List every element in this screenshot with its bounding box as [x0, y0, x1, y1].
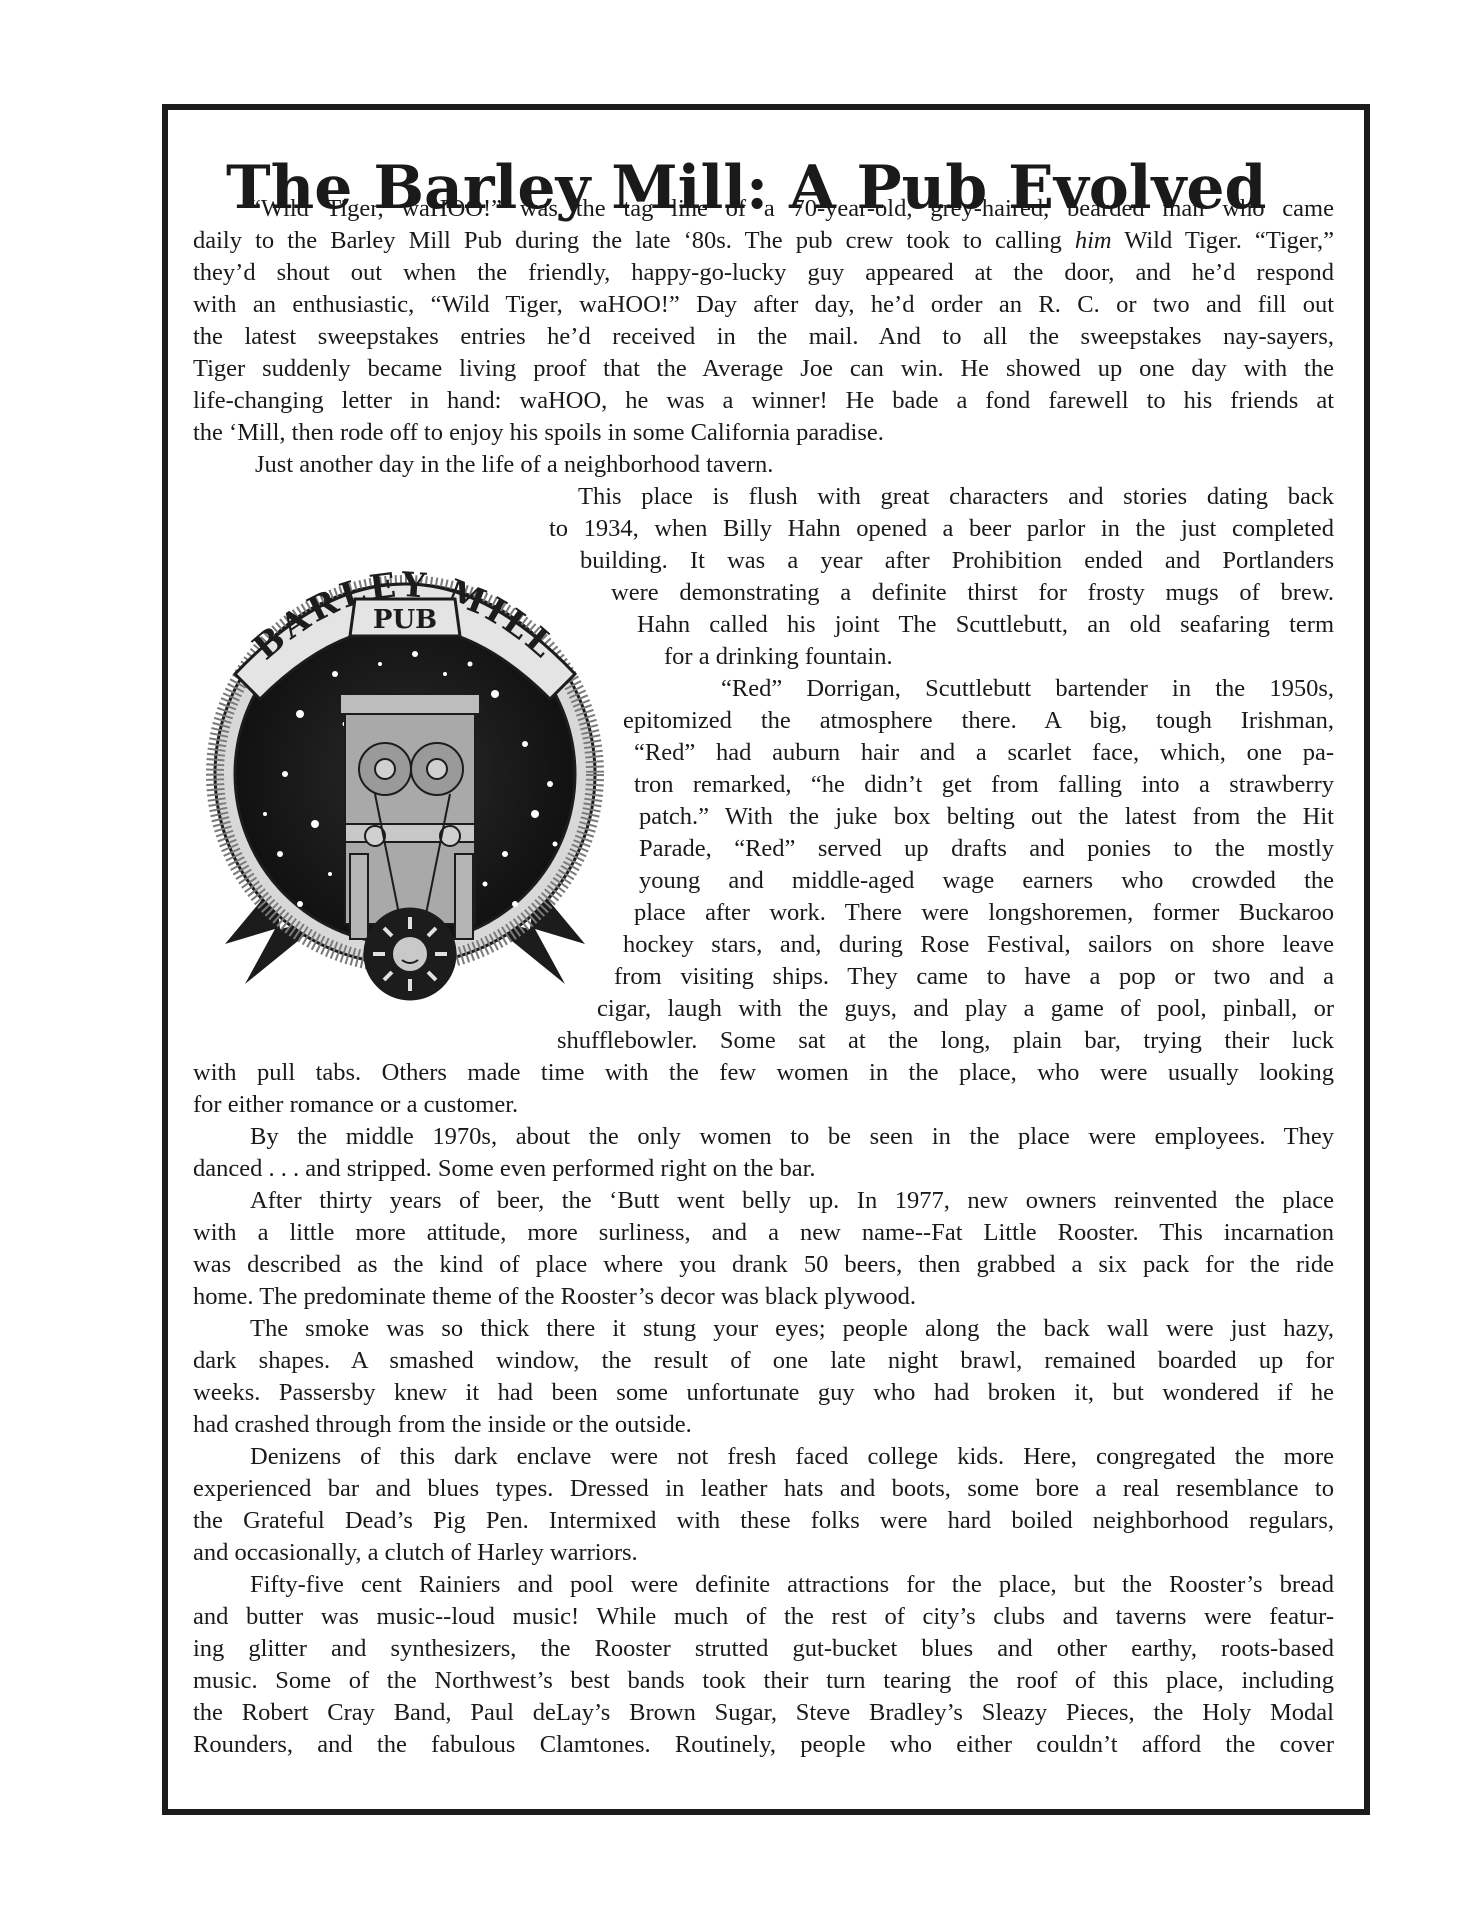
text-line: was described as the kind of place where… — [193, 1249, 1334, 1281]
text-line: were demonstrating a definite thirst for… — [611, 577, 1334, 609]
text-line: Parade, “Red” served up drafts and ponie… — [639, 833, 1334, 865]
text-line: to 1934, when Billy Hahn opened a beer p… — [549, 513, 1334, 545]
emphasis: him — [1075, 227, 1112, 254]
text-line: for either romance or a customer. — [193, 1089, 1334, 1121]
sun-face-icon — [365, 909, 455, 999]
text-line: they’d shout out when the friendly, happ… — [193, 257, 1334, 289]
text-line: from visiting ships. They came to have a… — [614, 961, 1334, 993]
text-line: After thirty years of beer, the ‘Butt we… — [250, 1185, 1334, 1217]
text-line: with an enthusiastic, “Wild Tiger, waHOO… — [193, 289, 1334, 321]
text-line: with a little more attitude, more surlin… — [193, 1217, 1334, 1249]
text-line: the Robert Cray Band, Paul deLay’s Brown… — [193, 1697, 1334, 1729]
text-line: the ‘Mill, then rode off to enjoy his sp… — [193, 417, 1334, 449]
text-line: danced . . . and stripped. Some even per… — [193, 1153, 1334, 1185]
text-line: weeks. Passersby knew it had been some u… — [193, 1377, 1334, 1409]
mill-machine-icon — [340, 694, 480, 944]
text-line: The smoke was so thick there it stung yo… — [250, 1313, 1334, 1345]
text-line: dark shapes. A smashed window, the resul… — [193, 1345, 1334, 1377]
text-line: tron remarked, “he didn’t get from falli… — [634, 769, 1334, 801]
text-line: daily to the Barley Mill Pub during the … — [193, 225, 1334, 257]
text-line: Denizens of this dark enclave were not f… — [250, 1441, 1334, 1473]
text-line: young and middle-aged wage earners who c… — [639, 865, 1334, 897]
text-line: cigar, laugh with the guys, and play a g… — [597, 993, 1334, 1025]
text-line: and butter was music--loud music! While … — [193, 1601, 1334, 1633]
text-line: building. It was a year after Prohibitio… — [580, 545, 1334, 577]
text-line: hockey stars, and, during Rose Festival,… — [623, 929, 1334, 961]
text-line: By the middle 1970s, about the only wome… — [250, 1121, 1334, 1153]
text-line: epitomized the atmosphere there. A big, … — [623, 705, 1334, 737]
text-line: for a drinking fountain. — [664, 641, 1334, 673]
text-line: “Red” Dorrigan, Scuttlebutt bartender in… — [721, 673, 1334, 705]
text-line: had crashed through from the inside or t… — [193, 1409, 1334, 1441]
svg-text:PUB: PUB — [373, 605, 437, 635]
text-line: ing glitter and synthesizers, the Rooste… — [193, 1633, 1334, 1665]
text-line: Just another day in the life of a neighb… — [255, 449, 1334, 481]
text-line: shufflebowler. Some sat at the long, pla… — [557, 1025, 1334, 1057]
text-line: life-changing letter in hand: waHOO, he … — [193, 385, 1334, 417]
text-line: “Red” had auburn hair and a scarlet face… — [634, 737, 1334, 769]
text-line: Hahn called his joint The Scuttlebutt, a… — [637, 609, 1334, 641]
text-line: Fifty-five cent Rainiers and pool were d… — [250, 1569, 1334, 1601]
text-line: experienced bar and blues types. Dressed… — [193, 1473, 1334, 1505]
text-line: music. Some of the Northwest’s best band… — [193, 1665, 1334, 1697]
text-line: the Grateful Dead’s Pig Pen. Intermixed … — [193, 1505, 1334, 1537]
text-line: This place is flush with great character… — [578, 481, 1334, 513]
barley-mill-pub-logo: BARLEY MILL PUB — [205, 524, 605, 1024]
text-line: Tiger suddenly became living proof that … — [193, 353, 1334, 385]
text-line: “Wild Tiger, waHOO!” was the tag line of… — [250, 193, 1334, 225]
text-line: Rounders, and the fabulous Clamtones. Ro… — [193, 1729, 1334, 1761]
text-line: patch.” With the juke box belting out th… — [639, 801, 1334, 833]
text-line: the latest sweepstakes entries he’d rece… — [193, 321, 1334, 353]
text-line: and occasionally, a clutch of Harley war… — [193, 1537, 1334, 1569]
text-line: with pull tabs. Others made time with th… — [193, 1057, 1334, 1089]
text-line: home. The predominate theme of the Roost… — [193, 1281, 1334, 1313]
text-line: place after work. There were longshoreme… — [634, 897, 1334, 929]
